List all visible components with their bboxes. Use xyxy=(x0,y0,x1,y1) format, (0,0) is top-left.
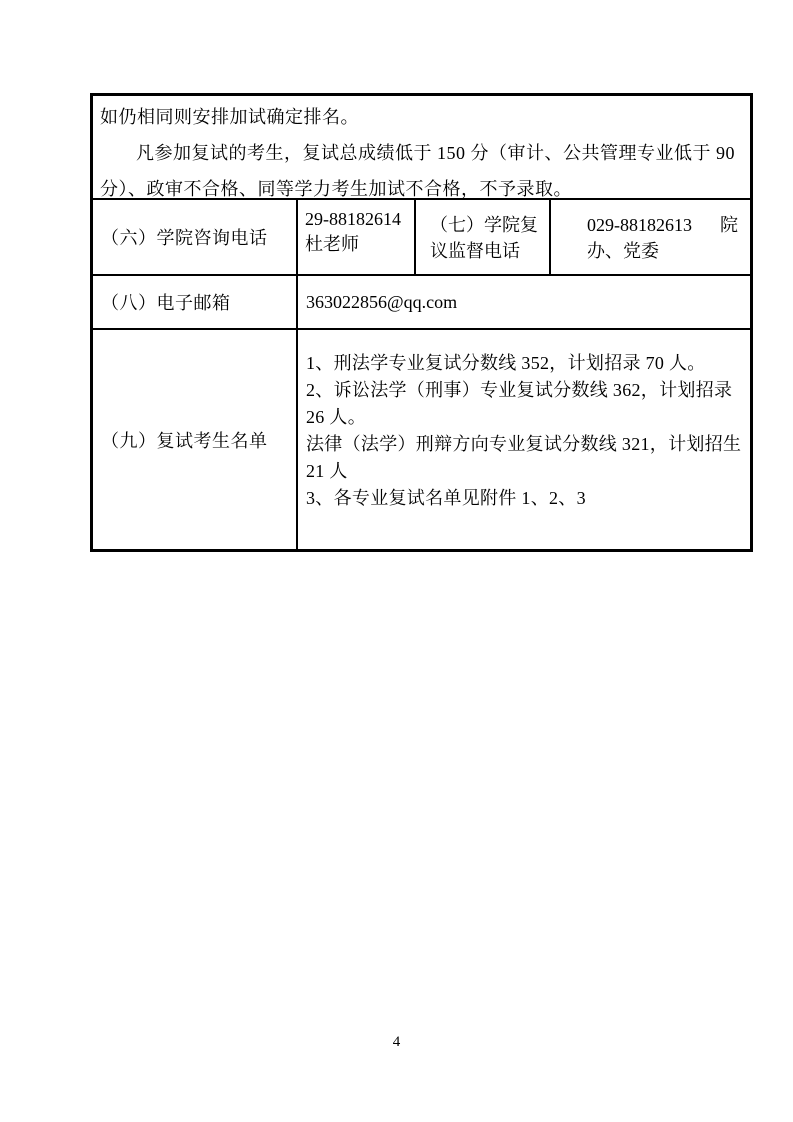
email-label-cell: （八）电子邮箱 xyxy=(93,276,298,328)
consult-phone-contact: 杜老师 xyxy=(305,232,414,257)
email-address: 363022856@qq.com xyxy=(306,292,457,313)
consult-phone-label: （六）学院咨询电话 xyxy=(101,224,268,250)
candidates-row: （九）复试考生名单 1、刑法学专业复试分数线 352，计划招录 70 人。 2、… xyxy=(93,330,750,549)
supervise-phone-label-line-2: 议监督电话 xyxy=(430,238,549,264)
consult-phone-label-cell: （六）学院咨询电话 xyxy=(93,200,298,274)
page-number: 4 xyxy=(0,1034,793,1051)
supervise-phone-number: 029-88182613 xyxy=(587,212,692,238)
consult-phone-value-cell: 29-88182614 杜老师 xyxy=(298,200,416,274)
supervise-phone-dept-rest: 办、党委 xyxy=(587,238,738,264)
notice-table: 如仍相同则安排加试确定排名。 凡参加复试的考生，复试总成绩低于 150 分（审计… xyxy=(90,93,753,552)
email-label: （八）电子邮箱 xyxy=(101,289,231,315)
candidates-line-4: 法律（法学）刑辩方向专业复试分数线 321，计划招生 xyxy=(306,431,742,458)
candidates-label-cell: （九）复试考生名单 xyxy=(93,330,298,549)
supervise-phone-dept-start: 院 xyxy=(720,212,738,238)
contacts-row: （六）学院咨询电话 29-88182614 杜老师 （七）学院复 议监督电话 0… xyxy=(93,200,750,276)
email-value-cell: 363022856@qq.com xyxy=(298,276,750,328)
supervise-phone-label-cell: （七）学院复 议监督电话 xyxy=(416,200,551,274)
candidates-line-2: 2、诉讼法学（刑事）专业复试分数线 362，计划招录 xyxy=(306,377,742,404)
intro-section: 如仍相同则安排加试确定排名。 凡参加复试的考生，复试总成绩低于 150 分（审计… xyxy=(93,96,750,200)
document-page: 如仍相同则安排加试确定排名。 凡参加复试的考生，复试总成绩低于 150 分（审计… xyxy=(0,0,793,1122)
intro-line-3: 分）、政审不合格、同等学力考生加试不合格，不予录取。 xyxy=(100,171,742,200)
intro-line-1: 如仍相同则安排加试确定排名。 xyxy=(100,99,742,135)
candidates-line-5: 21 人 xyxy=(306,458,742,485)
candidates-label: （九）复试考生名单 xyxy=(101,427,268,453)
supervise-phone-label-line-1: （七）学院复 xyxy=(430,212,549,238)
email-row: （八）电子邮箱 363022856@qq.com xyxy=(93,276,750,330)
candidates-content-cell: 1、刑法学专业复试分数线 352，计划招录 70 人。 2、诉讼法学（刑事）专业… xyxy=(298,330,750,549)
candidates-line-6: 3、各专业复试名单见附件 1、2、3 xyxy=(306,485,742,512)
supervise-phone-line-1: 029-88182613 院 xyxy=(587,212,738,238)
candidates-line-1: 1、刑法学专业复试分数线 352，计划招录 70 人。 xyxy=(306,350,742,377)
candidates-line-3: 26 人。 xyxy=(306,404,742,431)
consult-phone-number: 29-88182614 xyxy=(305,207,414,232)
supervise-phone-value-cell: 029-88182613 院 办、党委 xyxy=(551,200,750,274)
intro-line-2: 凡参加复试的考生，复试总成绩低于 150 分（审计、公共管理专业低于 90 xyxy=(100,135,742,171)
